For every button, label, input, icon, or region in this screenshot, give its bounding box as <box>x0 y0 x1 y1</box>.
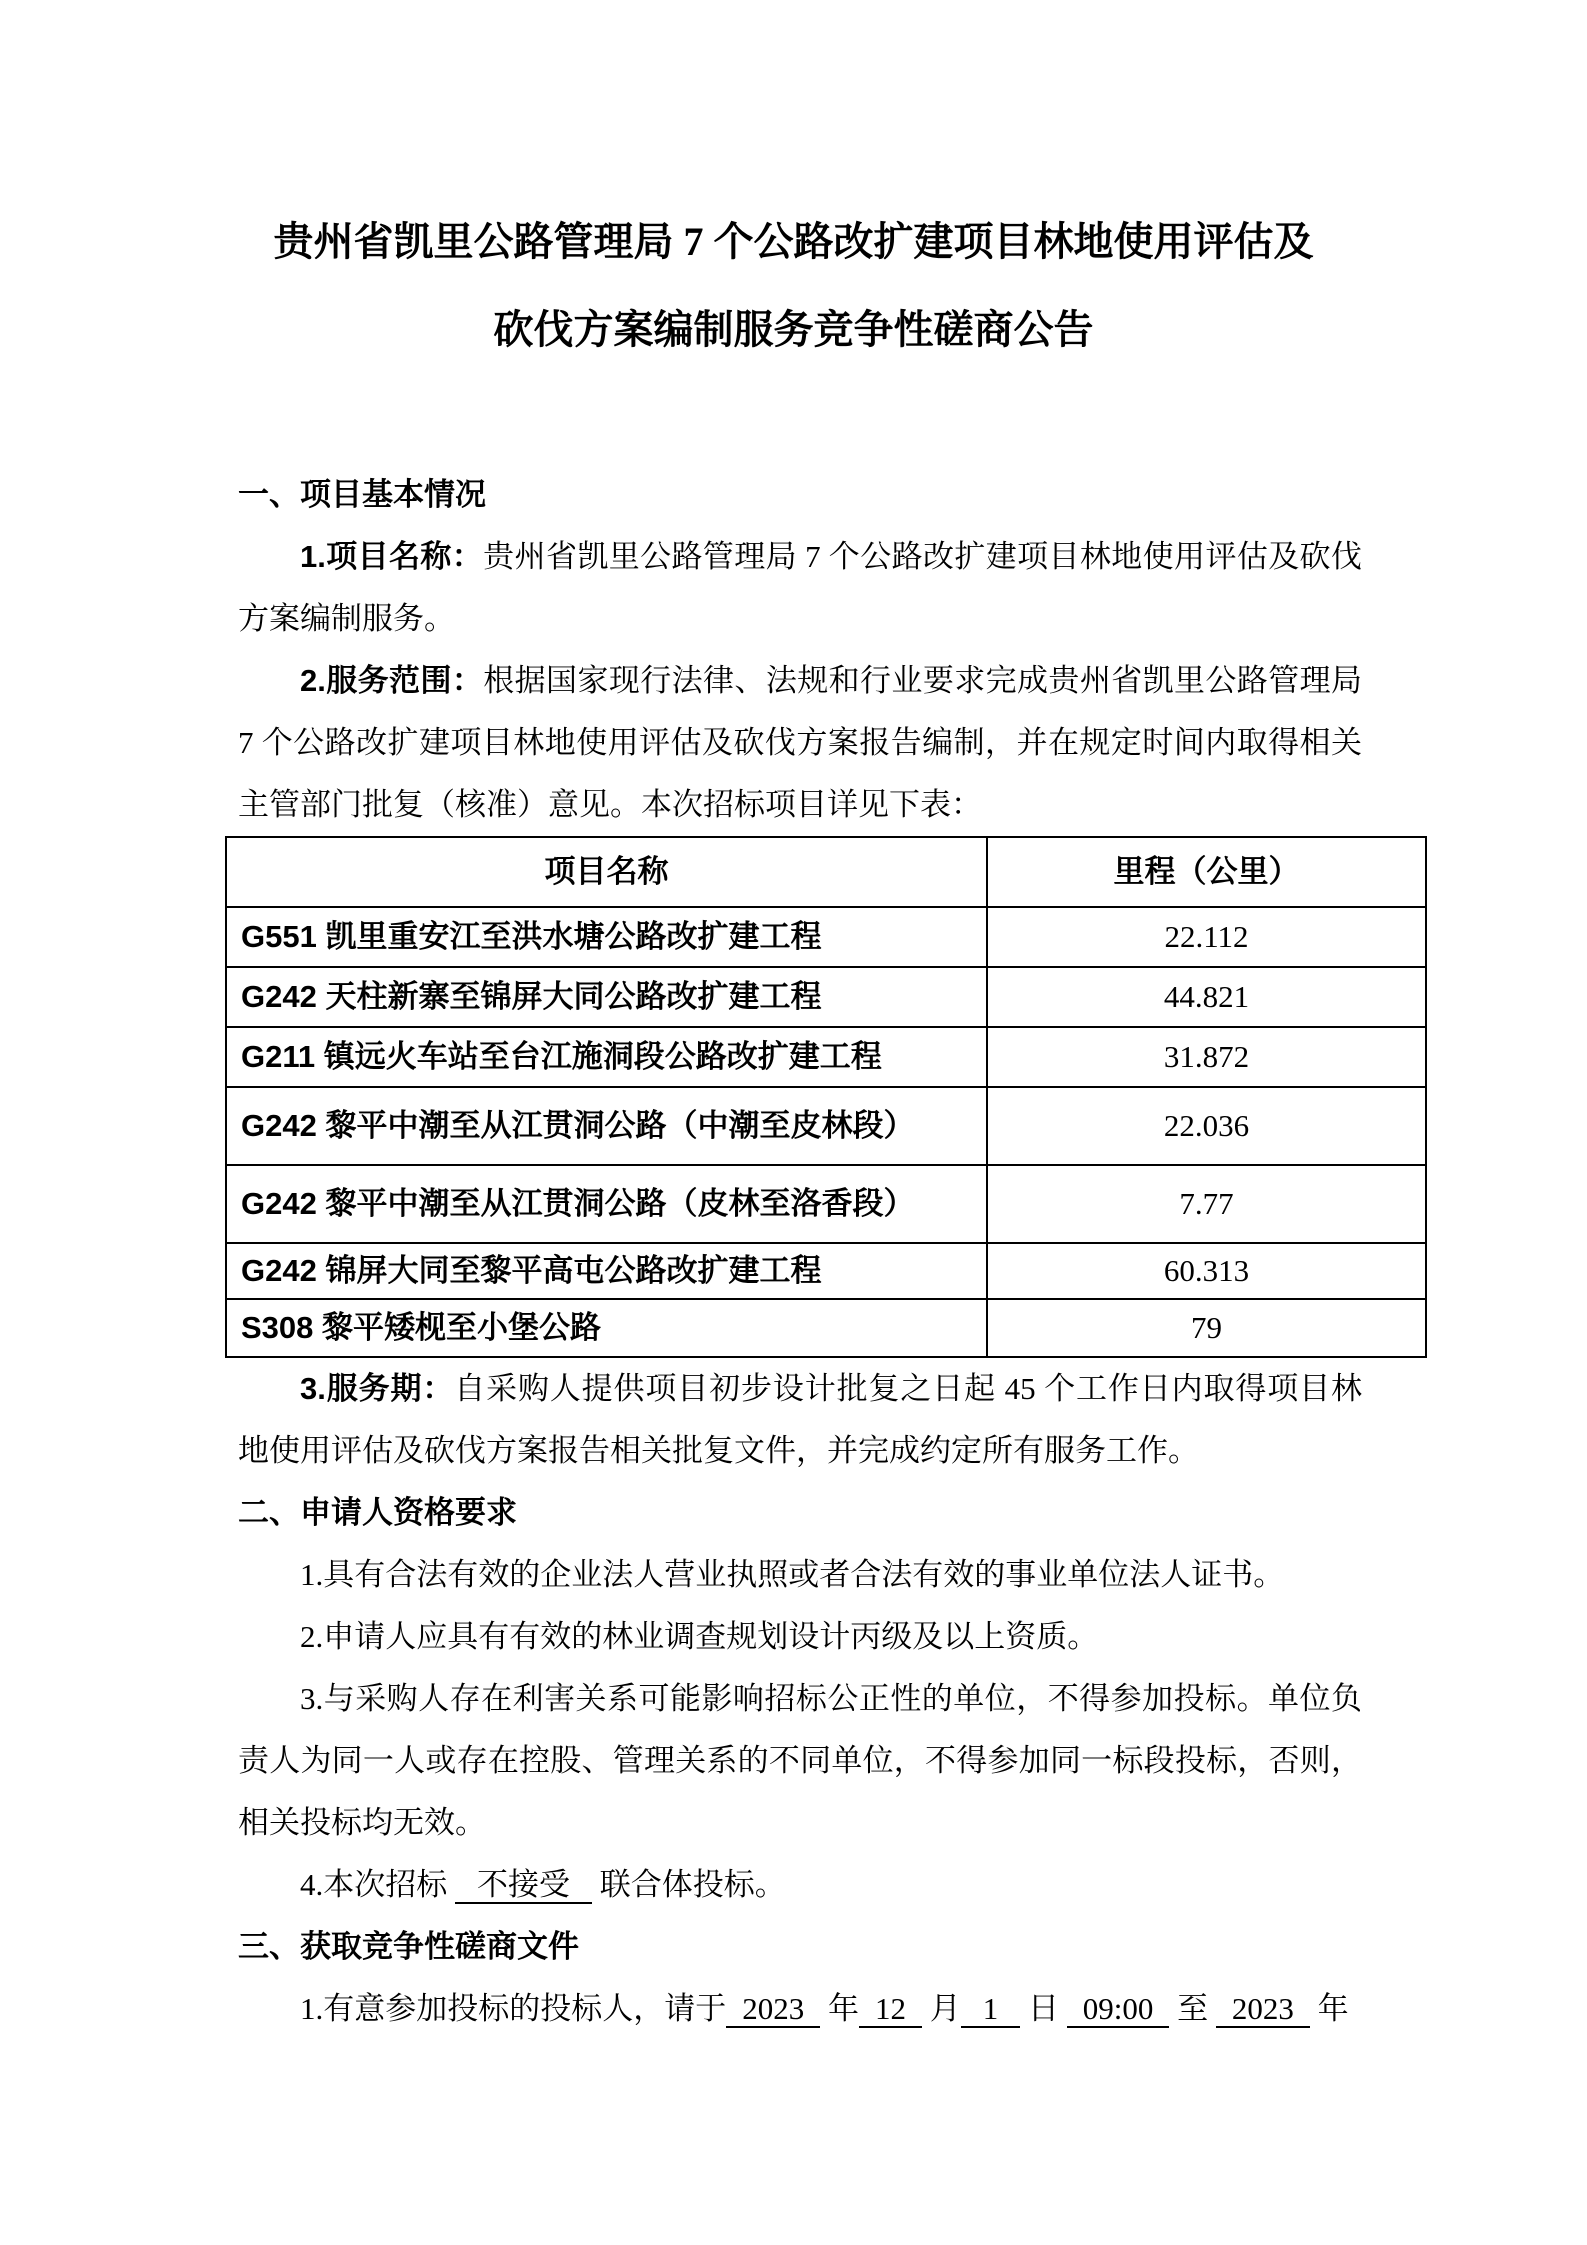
service-scope-label: 2.服务范围： <box>300 663 483 698</box>
obtain-documents-item-1: 1.有意参加投标的投标人，请于2023 年12 月1 日 09:00 至 202… <box>238 1978 1362 2040</box>
service-period-label: 3.服务期： <box>300 1371 454 1406</box>
project-name-label: 1.项目名称： <box>300 539 483 574</box>
table-row: G242 锦屏大同至黎平高屯公路改扩建工程 60.313 <box>226 1243 1426 1299</box>
project-name-cell: G242 黎平中潮至从江贯洞公路（皮林至洛香段） <box>226 1165 987 1243</box>
item4-underlined-not-accept: 不接受 <box>455 1867 592 1904</box>
table-header-row: 项目名称 里程（公里） <box>226 837 1426 907</box>
label-year-2: 年 <box>1318 1991 1349 2026</box>
table-row: G242 天柱新寨至锦屏大同公路改扩建工程 44.821 <box>226 967 1426 1027</box>
project-name-cell: G242 天柱新寨至锦屏大同公路改扩建工程 <box>226 967 987 1027</box>
document-title: 贵州省凯里公路管理局 7 个公路改扩建项目林地使用评估及 砍伐方案编制服务竞争性… <box>0 198 1587 374</box>
project-name-cell: S308 黎平矮枧至小堡公路 <box>226 1299 987 1357</box>
project-name-cell: G551 凯里重安江至洪水塘公路改扩建工程 <box>226 907 987 967</box>
label-month: 月 <box>930 1991 961 2026</box>
blank-time: 09:00 <box>1067 1991 1170 2028</box>
document-body: 一、项目基本情况 1.项目名称：贵州省凯里公路管理局 7 个公路改扩建项目林地使… <box>238 464 1362 2040</box>
document-title-line2: 砍伐方案编制服务竞争性磋商公告 <box>0 286 1587 374</box>
project-name-cell: G242 锦屏大同至黎平高屯公路改扩建工程 <box>226 1243 987 1299</box>
blank-year-end: 2023 <box>1216 1991 1310 2028</box>
document-page: 贵州省凯里公路管理局 7 个公路改扩建项目林地使用评估及 砍伐方案编制服务竞争性… <box>0 0 1587 2245</box>
qualification-item-3: 3.与采购人存在利害关系可能影响招标公正性的单位，不得参加投标。单位负责人为同一… <box>238 1668 1362 1854</box>
mileage-cell: 22.036 <box>987 1087 1426 1165</box>
label-day: 日 <box>1028 1991 1059 2026</box>
blank-year-start: 2023 <box>726 1991 820 2028</box>
mileage-cell: 79 <box>987 1299 1426 1357</box>
paragraph-service-scope: 2.服务范围：根据国家现行法律、法规和行业要求完成贵州省凯里公路管理局 7 个公… <box>238 650 1362 836</box>
item4-prefix: 4.本次招标 <box>300 1867 447 1902</box>
mileage-cell: 31.872 <box>987 1027 1426 1087</box>
project-mileage-table: 项目名称 里程（公里） G551 凯里重安江至洪水塘公路改扩建工程 22.112… <box>225 836 1427 1358</box>
mileage-cell: 7.77 <box>987 1165 1426 1243</box>
blank-day: 1 <box>961 1991 1021 2028</box>
mileage-cell: 22.112 <box>987 907 1426 967</box>
paragraph-service-period: 3.服务期：自采购人提供项目初步设计批复之日起 45 个工作日内取得项目林地使用… <box>238 1358 1362 1482</box>
section1-heading: 一、项目基本情况 <box>238 464 1362 526</box>
table-row: S308 黎平矮枧至小堡公路 79 <box>226 1299 1426 1357</box>
table-header-project-name: 项目名称 <box>226 837 987 907</box>
qualification-item-2: 2.申请人应具有有效的林业调查规划设计丙级及以上资质。 <box>238 1606 1362 1668</box>
label-year-1: 年 <box>828 1991 859 2026</box>
table-row: G551 凯里重安江至洪水塘公路改扩建工程 22.112 <box>226 907 1426 967</box>
table-row: G242 黎平中潮至从江贯洞公路（中潮至皮林段） 22.036 <box>226 1087 1426 1165</box>
mileage-cell: 44.821 <box>987 967 1426 1027</box>
table-row: G211 镇远火车站至台江施洞段公路改扩建工程 31.872 <box>226 1027 1426 1087</box>
qualification-item-4: 4.本次招标 不接受 联合体投标。 <box>238 1854 1362 1916</box>
label-to: 至 <box>1177 1991 1208 2026</box>
obtain-prefix: 1.有意参加投标的投标人，请于 <box>300 1991 726 2026</box>
table-header-mileage: 里程（公里） <box>987 837 1426 907</box>
qualification-item-1: 1.具有合法有效的企业法人营业执照或者合法有效的事业单位法人证书。 <box>238 1544 1362 1606</box>
section3-heading: 三、获取竞争性磋商文件 <box>238 1916 1362 1978</box>
item4-suffix: 联合体投标。 <box>600 1867 786 1902</box>
project-name-cell: G211 镇远火车站至台江施洞段公路改扩建工程 <box>226 1027 987 1087</box>
table-row: G242 黎平中潮至从江贯洞公路（皮林至洛香段） 7.77 <box>226 1165 1426 1243</box>
document-title-line1: 贵州省凯里公路管理局 7 个公路改扩建项目林地使用评估及 <box>0 198 1587 286</box>
section2-heading: 二、申请人资格要求 <box>238 1482 1362 1544</box>
paragraph-project-name: 1.项目名称：贵州省凯里公路管理局 7 个公路改扩建项目林地使用评估及砍伐方案编… <box>238 526 1362 650</box>
blank-month: 12 <box>859 1991 922 2028</box>
mileage-cell: 60.313 <box>987 1243 1426 1299</box>
project-name-cell: G242 黎平中潮至从江贯洞公路（中潮至皮林段） <box>226 1087 987 1165</box>
